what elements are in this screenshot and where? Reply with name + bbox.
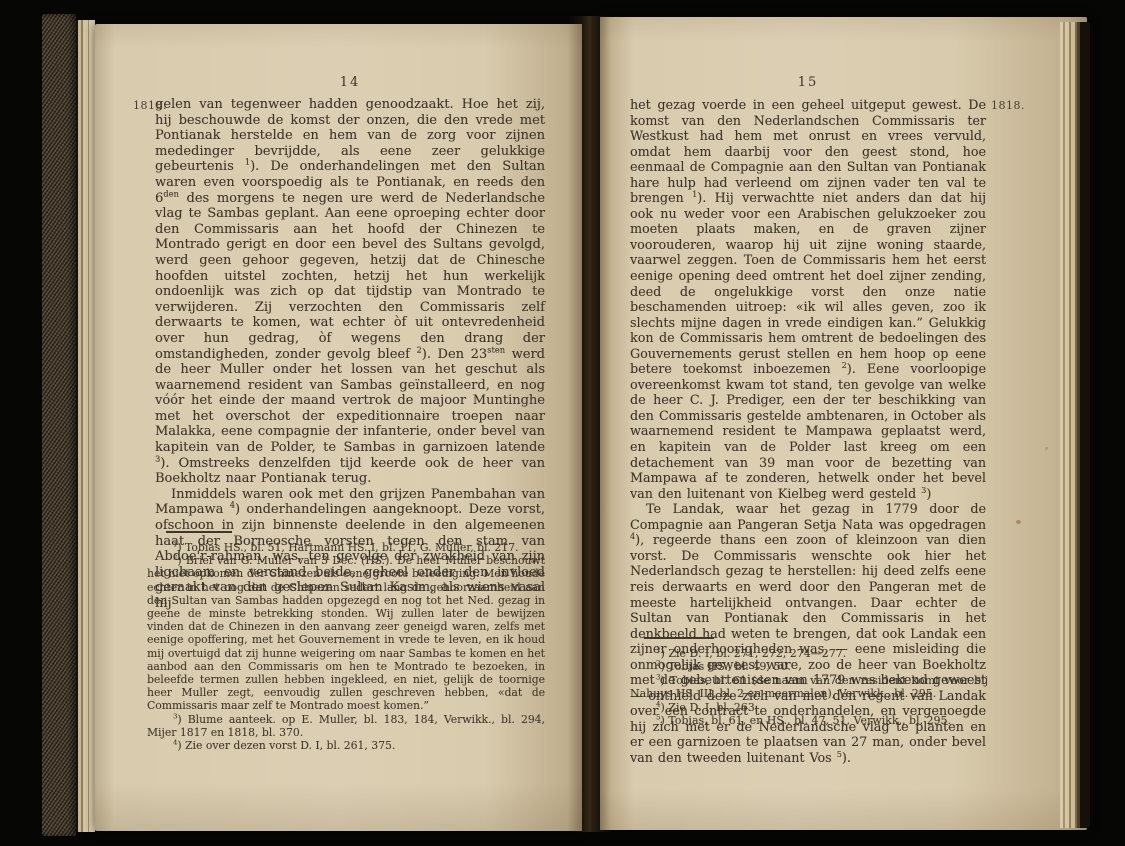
right-page-edges bbox=[1060, 22, 1090, 828]
footnote-rule bbox=[644, 637, 714, 639]
footnote: 4) Zie over dezen vorst D. I, bl. 261, 3… bbox=[147, 739, 545, 752]
book-spine-cloth bbox=[42, 14, 76, 836]
footnote: 3) Blume aanteek. op E. Muller, bl. 183,… bbox=[147, 713, 545, 739]
footnote: 1) Tobias HS., bl. 51, Hartmann HS. I, b… bbox=[147, 541, 545, 554]
footnote: 3) Tobias, bl. 61 (de naam van den resid… bbox=[630, 674, 988, 701]
left-page: 14 1818. gelen van tegenweer hadden geno… bbox=[95, 24, 582, 831]
paragraph: het gezag voerde in een geheel uitgeput … bbox=[630, 97, 986, 501]
footnote: 2) Brief van G. Muller van 3 Dec. (HS.).… bbox=[147, 554, 545, 712]
book-scan-photo: 14 1818. gelen van tegenweer hadden geno… bbox=[0, 0, 1125, 846]
paragraph: gelen van tegenweer hadden genoodzaakt. … bbox=[155, 97, 545, 487]
footnote: 2) Tobias HS., bl. 49, 50. bbox=[630, 660, 988, 673]
footnote: 4) Zie D. I, bl. 263. bbox=[630, 701, 988, 714]
right-page-footnotes: 1) Zie D. I, bl. 271, 272, 274—277. 2) T… bbox=[630, 647, 988, 727]
left-page-body: gelen van tegenweer hadden genoodzaakt. … bbox=[155, 97, 545, 612]
left-page-edges bbox=[76, 20, 95, 832]
right-page-number: 15 bbox=[630, 75, 986, 90]
right-page: 15 1818. het gezag voerde in een geheel … bbox=[600, 17, 1087, 830]
footnote-rule bbox=[166, 531, 232, 533]
left-page-footnotes: 1) Tobias HS., bl. 51, Hartmann HS. I, b… bbox=[147, 541, 545, 752]
footnote: 5) Tobias, bl. 61, en HS., bl. 47, 51, V… bbox=[630, 714, 988, 727]
right-margin-year: 1818. bbox=[991, 99, 1025, 112]
left-page-number: 14 bbox=[155, 75, 545, 90]
footnote: 1) Zie D. I, bl. 271, 272, 274—277. bbox=[630, 647, 988, 660]
